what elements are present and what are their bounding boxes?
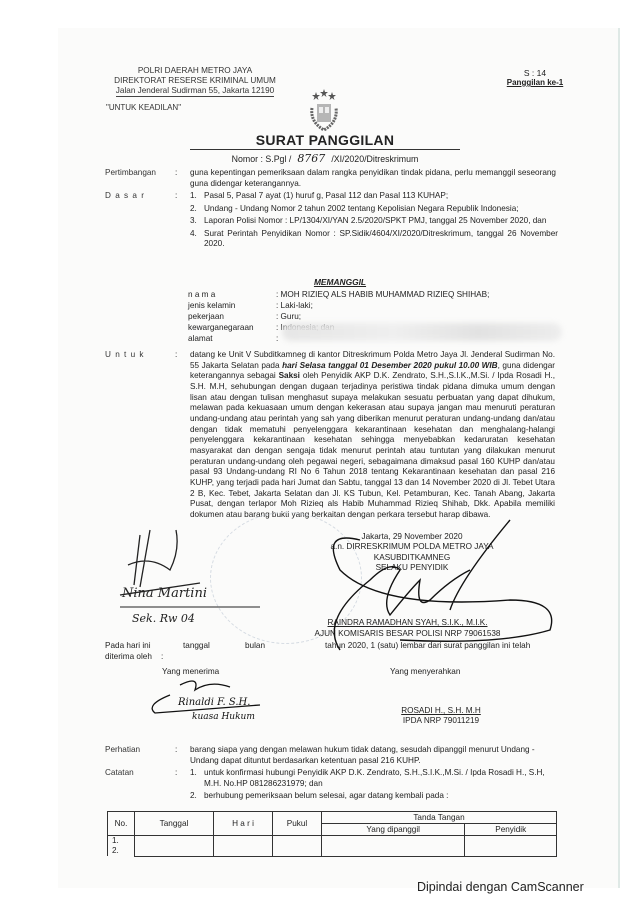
- table-cell: [322, 836, 465, 857]
- dasar-item: 3.Laporan Polisi Nomor : LP/1304/XI/YAN …: [190, 216, 558, 227]
- letterhead-line1: POLRI DAERAH METRO JAYA: [106, 66, 284, 76]
- table-cell: [273, 836, 322, 857]
- summons-role: Saksi: [279, 371, 300, 380]
- identity-key: n a m a: [188, 289, 274, 300]
- dasar-item: 2.Undang - Undang Nomor 2 tahun 2002 ten…: [190, 204, 558, 215]
- catatan-list: 1.untuk konfirmasi hubungi Penyidik AKP …: [190, 768, 562, 802]
- receipt-bulan: bulan: [245, 641, 325, 652]
- col-hari: H a r i: [214, 812, 273, 836]
- dasar-item-text: Undang - Undang Nomor 2 tahun 2002 tenta…: [204, 204, 519, 215]
- letterhead-line2: DIREKTORAT RESERSE KRIMINAL UMUM: [106, 76, 284, 86]
- colon: :: [175, 768, 177, 777]
- identity-value: : Laki-laki;: [274, 300, 313, 311]
- letter-number-prefix: Nomor : S.Pgl /: [232, 154, 292, 164]
- identity-row: pekerjaan: Guru;: [188, 311, 489, 322]
- follow-up-table: No. Tanggal H a r i Pukul Tanda Tangan Y…: [107, 811, 557, 857]
- identity-row: n a m a: MOH RIZIEQ ALS HABIB MUHAMMAD R…: [188, 289, 489, 300]
- letterhead: POLRI DAERAH METRO JAYA DIREKTORAT RESER…: [106, 66, 284, 97]
- dasar-list: 1.Pasal 5, Pasal 7 ayat (1) huruf g, Pas…: [190, 191, 558, 250]
- pertimbangan-label: Pertimbangan: [105, 168, 156, 177]
- catatan-item-text: untuk konfirmasi hubungi Penyidik AKP D.…: [204, 768, 562, 789]
- catatan-item: 2.berhubung pemeriksaan belum selesai, a…: [190, 791, 562, 802]
- handwritten-signature-icon: Nina Martini Sek. Rw 04: [110, 525, 250, 645]
- identity-key: pekerjaan: [188, 311, 274, 322]
- colon: :: [175, 350, 177, 359]
- colon: :: [175, 191, 177, 200]
- perhatian-text: barang siapa yang dengan melawan hukum t…: [190, 745, 550, 766]
- receipt-line2: diterima oleh :: [105, 652, 565, 663]
- pertimbangan-text: guna kepentingan pemeriksaan dalam rangk…: [190, 168, 556, 189]
- camscanner-watermark: Dipindai dengan CamScanner: [417, 880, 584, 894]
- letterhead-address: Jalan Jenderal Sudirman 55, Jakarta 1219…: [116, 86, 274, 97]
- dasar-label: D a s a r: [105, 191, 145, 200]
- untuk-label: U n t u k: [105, 350, 145, 359]
- col-no: No.: [108, 812, 135, 836]
- identity-key: jenis kelamin: [188, 300, 274, 311]
- svg-text:Rinaldi F. S.H.: Rinaldi F. S.H.: [177, 697, 250, 708]
- perhatian-label: Perhatian: [105, 745, 140, 754]
- receipt-tanggal: tanggal: [183, 641, 245, 652]
- call-number: Panggilan ke-1: [500, 78, 570, 87]
- table-cell: [135, 836, 214, 857]
- dasar-item-text: Laporan Polisi Nomor : LP/1304/XI/YAN 2.…: [204, 216, 546, 227]
- table-row: 1.2.: [108, 836, 557, 857]
- police-emblem-icon: [300, 88, 348, 132]
- untuk-text-post: oleh Penyidik AKP D.K. Zendrato, S.H.,S.…: [190, 371, 555, 519]
- letter-number: Nomor : S.Pgl /8767/XI/2020/Ditreskrimum: [190, 152, 460, 165]
- col-tanda-tangan: Tanda Tangan: [322, 812, 557, 824]
- form-code-number: S : 14: [500, 68, 570, 78]
- dasar-item: 1.Pasal 5, Pasal 7 ayat (1) huruf g, Pas…: [190, 191, 558, 202]
- identity-key: kewarganegaraan: [188, 322, 274, 333]
- form-code: S : 14 Panggilan ke-1: [500, 68, 570, 87]
- identity-value: :: [274, 333, 278, 344]
- receipt-tahun: tahun 2020, 1 (satu) lembar dari surat p…: [325, 641, 530, 652]
- table-header-row: No. Tanggal H a r i Pukul Tanda Tangan: [108, 812, 557, 824]
- col-yang-dipanggil: Yang dipanggil: [322, 824, 465, 836]
- table-cell: [214, 836, 273, 857]
- letter-number-handwritten: 8767: [297, 152, 325, 165]
- identity-row: jenis kelamin: Laki-laki;: [188, 300, 489, 311]
- memanggil-heading: MEMANGGIL: [280, 277, 400, 287]
- summons-date: hari Selasa tanggal 01 Desember 2020 puk…: [282, 361, 498, 370]
- giver-block: ROSADI H., S.H. M.H IPDA NRP 79011219: [386, 706, 496, 727]
- table-cell-no: 1.2.: [108, 836, 135, 857]
- receiver-signature-icon: Rinaldi F. S.H. kuasa Hukum: [140, 675, 290, 725]
- dasar-item-text: Pasal 5, Pasal 7 ayat (1) huruf g, Pasal…: [204, 191, 448, 202]
- identity-key: alamat: [188, 333, 274, 344]
- svg-text:kuasa Hukum: kuasa Hukum: [192, 712, 255, 722]
- untuk-text: datang ke Unit V Subditkamneg di kantor …: [190, 350, 555, 521]
- identity-value: : MOH RIZIEQ ALS HABIB MUHAMMAD RIZIEQ S…: [274, 289, 489, 300]
- giver-label: Yang menyerahkan: [390, 667, 460, 676]
- svg-text:Sek. Rw 04: Sek. Rw 04: [132, 612, 195, 625]
- document-title: SURAT PANGGILAN: [190, 132, 460, 150]
- table-cell: [465, 836, 557, 857]
- giver-name: ROSADI H., S.H. M.H: [386, 706, 496, 716]
- receipt-hari: Pada hari ini: [105, 641, 183, 652]
- redacted-address: [282, 323, 562, 341]
- catatan-label: Catatan: [105, 768, 134, 777]
- svg-text:Nina Martini: Nina Martini: [121, 586, 207, 601]
- receipt-text: Pada hari ini tanggal bulan tahun 2020, …: [105, 641, 565, 662]
- identity-value: : Guru;: [274, 311, 301, 322]
- col-penyidik: Penyidik: [465, 824, 557, 836]
- col-tanggal: Tanggal: [135, 812, 214, 836]
- row-number: 2.: [112, 846, 130, 856]
- catatan-item-text: berhubung pemeriksaan belum selesai, aga…: [204, 791, 448, 802]
- colon: :: [175, 168, 177, 177]
- catatan-item: 1.untuk konfirmasi hubungi Penyidik AKP …: [190, 768, 562, 789]
- officer-signature-icon: [300, 500, 620, 660]
- row-number: 1.: [112, 836, 130, 846]
- col-pukul: Pukul: [273, 812, 322, 836]
- colon: :: [175, 745, 177, 754]
- letter-number-suffix: /XI/2020/Ditreskrimum: [331, 154, 418, 164]
- giver-rank: IPDA NRP 79011219: [386, 716, 496, 726]
- dasar-item-text: Surat Perintah Penyidikan Nomor : SP.Sid…: [204, 229, 558, 250]
- motto: "UNTUK KEADILAN": [106, 103, 181, 112]
- dasar-item: 4.Surat Perintah Penyidikan Nomor : SP.S…: [190, 229, 558, 250]
- receipt-line1: Pada hari ini tanggal bulan tahun 2020, …: [105, 641, 565, 652]
